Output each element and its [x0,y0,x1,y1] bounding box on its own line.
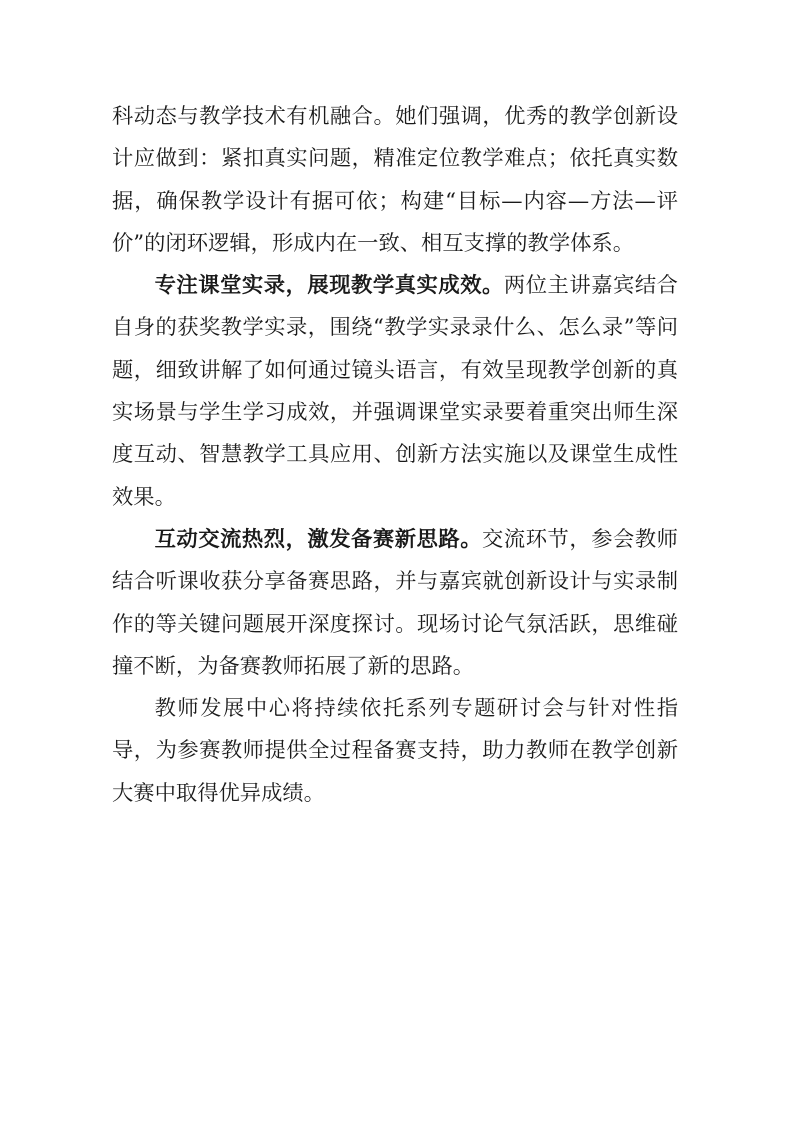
paragraph-text: 教师发展中心将持续依托系列专题研讨会与针对性指导，为参赛教师提供全过程备赛支持，… [112,696,678,806]
paragraph: 科动态与教学技术有机融合。她们强调，优秀的教学创新设计应做到：紧扣真实问题，精准… [112,96,678,265]
paragraph: 专注课堂实录，展现教学真实成效。两位主讲嘉宾结合自身的获奖教学实录，围绕“教学实… [112,265,678,519]
document-text-block: 科动态与教学技术有机融合。她们强调，优秀的教学创新设计应做到：紧扣真实问题，精准… [112,96,678,815]
paragraph-lead-bold: 互动交流热烈，激发备赛新思路。 [155,527,482,552]
paragraph: 教师发展中心将持续依托系列专题研讨会与针对性指导，为参赛教师提供全过程备赛支持，… [112,688,678,815]
document-page: 科动态与教学技术有机融合。她们强调，优秀的教学创新设计应做到：紧扣真实问题，精准… [0,0,793,1122]
paragraph: 互动交流热烈，激发备赛新思路。交流环节，参会教师结合听课收获分享备赛思路，并与嘉… [112,519,678,688]
paragraph-text: 两位主讲嘉宾结合自身的获奖教学实录，围绕“教学实录录什么、怎么录”等问题，细致讲… [112,273,678,509]
paragraph-lead-bold: 专注课堂实录，展现教学真实成效。 [155,273,504,298]
paragraph-text: 科动态与教学技术有机融合。她们强调，优秀的教学创新设计应做到：紧扣真实问题，精准… [112,104,678,256]
